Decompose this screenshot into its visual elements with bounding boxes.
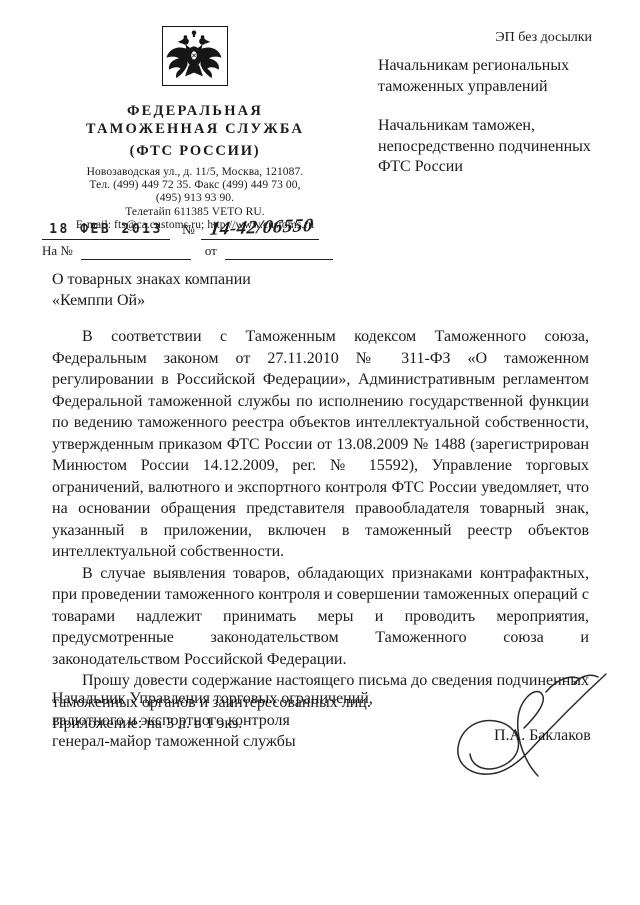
subject: О товарных знаках компании «Кемппи Ой» (52, 270, 352, 311)
state-emblem-frame (162, 26, 228, 86)
electronic-copy-note: ЭП без досылки (428, 30, 592, 46)
recipient-line: Начальникам региональных (378, 56, 600, 77)
body-paragraph-1: В соответствии с Таможенным кодексом Там… (52, 326, 589, 563)
document-page: ФЕДЕРАЛЬНАЯ ТАМОЖЕННАЯ СЛУЖБА (ФТС РОССИ… (0, 0, 640, 905)
letterhead: ФЕДЕРАЛЬНАЯ ТАМОЖЕННАЯ СЛУЖБА (ФТС РОССИ… (38, 26, 352, 232)
recipient-line: таможенных управлений (378, 77, 600, 98)
reply-reference-row: На № от (42, 242, 342, 260)
recipients: Начальникам региональных таможенных упра… (378, 56, 600, 178)
signer-position: Начальник Управления торговых ограничени… (52, 688, 392, 753)
recipient-block-customs: Начальникам таможен, непосредственно под… (378, 116, 600, 178)
signer-position-line1: Начальник Управления торговых ограничени… (52, 688, 392, 710)
org-name: ФЕДЕРАЛЬНАЯ ТАМОЖЕННАЯ СЛУЖБА (38, 102, 352, 138)
org-name-line1: ФЕДЕРАЛЬНАЯ (38, 102, 352, 120)
outgoing-number-handwritten: 14-42/06550 (197, 215, 326, 241)
date-stamp: 18 ФЕВ 2013 (42, 222, 170, 240)
handwritten-signature (428, 666, 624, 782)
signer-name: П.А. Баклаков (494, 727, 591, 745)
reply-number-label: На № (42, 243, 73, 260)
recipient-line: Начальникам таможен, (378, 116, 600, 137)
reference-block: 18 ФЕВ 2013 № 14-42/06550 На № от (42, 214, 342, 260)
date-number-row: 18 ФЕВ 2013 № 14-42/06550 (42, 214, 342, 240)
outgoing-number-line: 14-42/06550 (201, 213, 319, 240)
recipient-block-rtu: Начальникам региональных таможенных упра… (378, 56, 600, 97)
reply-number-blank-line (81, 245, 191, 260)
subject-line1: О товарных знаках компании (52, 270, 352, 291)
recipient-line: ФТС России (378, 157, 600, 178)
org-short-name: (ФТС РОССИИ) (38, 143, 352, 160)
recipient-line: непосредственно подчиненных (378, 137, 600, 158)
org-name-line2: ТАМОЖЕННАЯ СЛУЖБА (38, 120, 352, 138)
number-sign: № (182, 222, 195, 240)
address-line: (495) 913 93 90. (38, 192, 352, 205)
reply-from-blank-line (225, 245, 333, 260)
signer-position-line3: генерал-майор таможенной службы (52, 731, 392, 753)
reply-from-label: от (205, 243, 217, 260)
address-line: Новозаводская ул., д. 11/5, Москва, 1210… (38, 166, 352, 179)
double-headed-eagle-icon (164, 28, 224, 82)
body-paragraph-2: В случае выявления товаров, обладающих п… (52, 563, 589, 671)
signer-position-line2: валютного и экспортного контроля (52, 710, 392, 732)
address-line: Тел. (499) 449 72 35. Факс (499) 449 73 … (38, 179, 352, 192)
subject-line2: «Кемппи Ой» (52, 291, 352, 312)
